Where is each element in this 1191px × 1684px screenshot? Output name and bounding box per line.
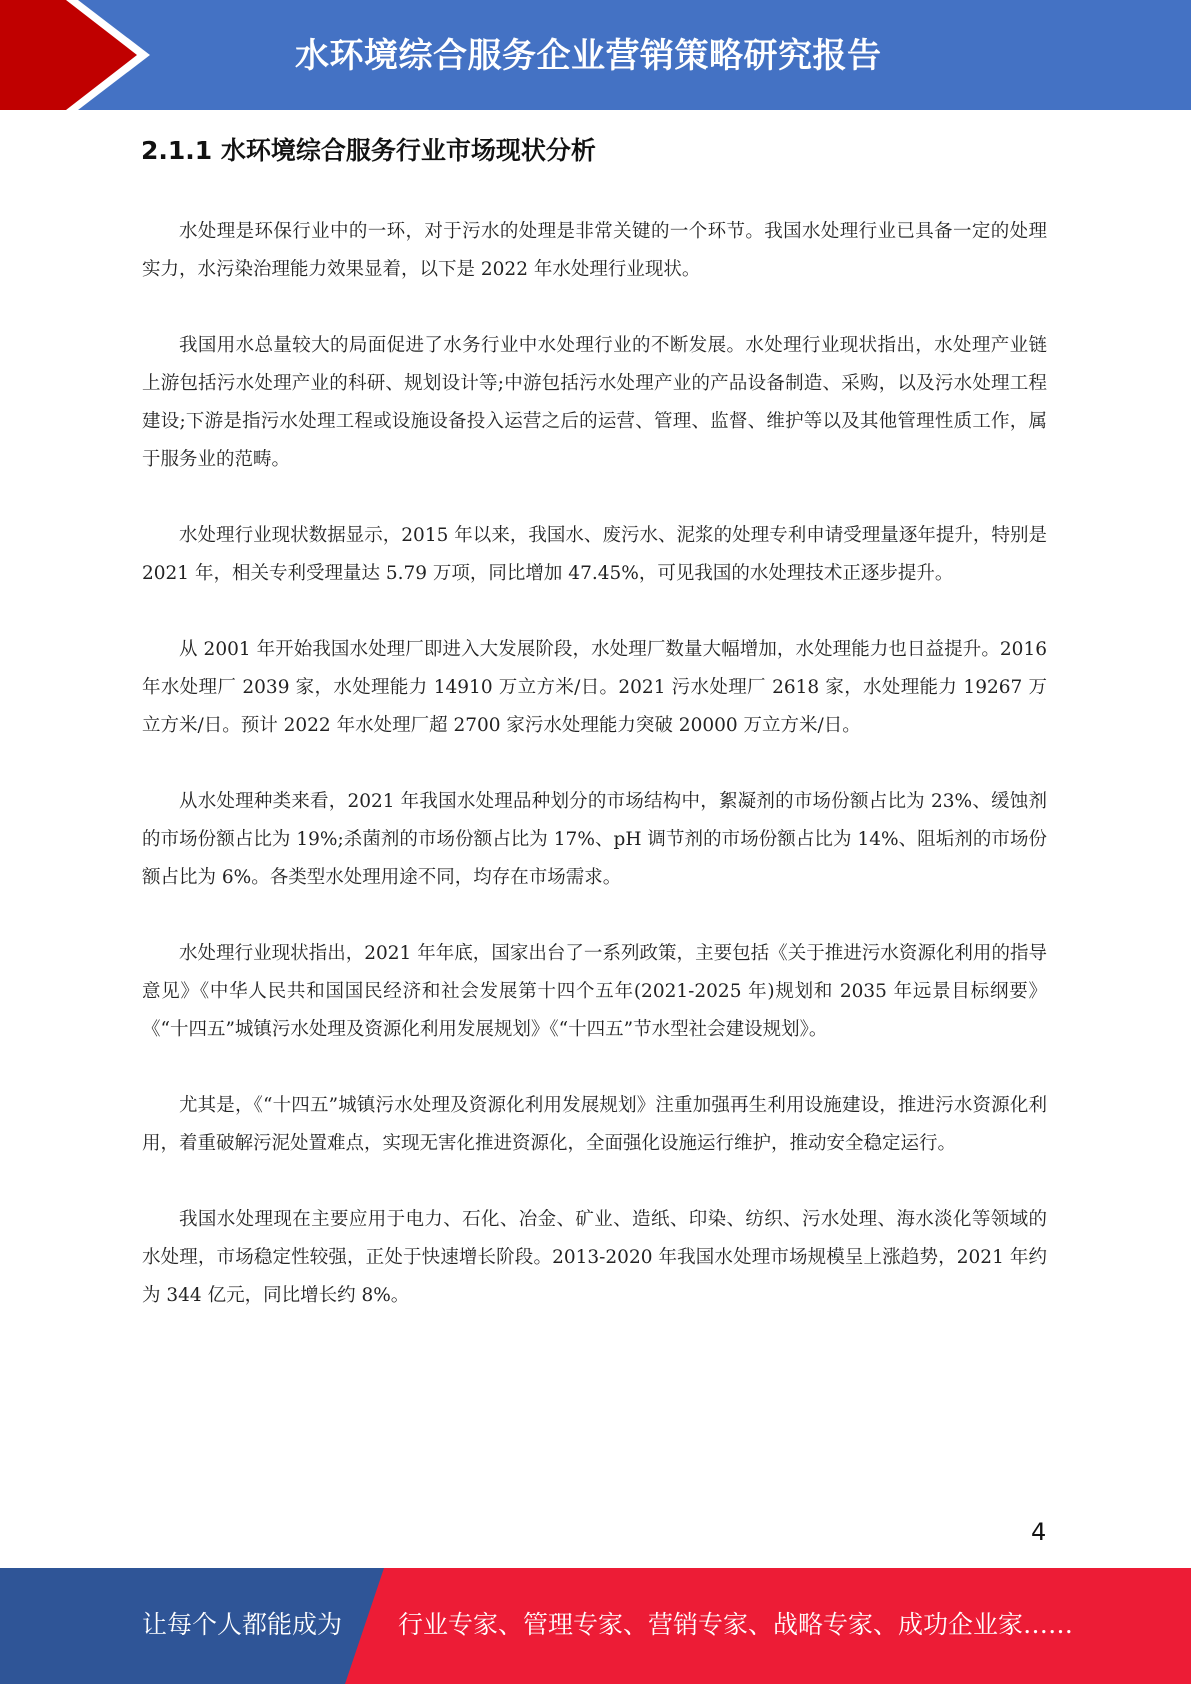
paragraph: 水处理行业现状指出，2021 年年底，国家出台了一系列政策，主要包括《关于推进污… [142, 935, 1047, 1049]
footer-banner: 让每个人都能成为 行业专家、管理专家、营销专家、战略专家、成功企业家…… [0, 1568, 1191, 1684]
report-header-banner: 水环境综合服务企业营销策略研究报告 [0, 0, 1191, 110]
chevron-arrow-icon [0, 0, 200, 110]
paragraph: 我国用水总量较大的局面促进了水务行业中水处理行业的不断发展。水处理行业现状指出，… [142, 327, 1047, 479]
report-title: 水环境综合服务企业营销策略研究报告 [295, 28, 882, 77]
section-heading: 2.1.1 水环境综合服务行业市场现状分析 [141, 131, 596, 167]
footer-slogan-left: 让每个人都能成为 [142, 1605, 342, 1641]
paragraph: 水处理行业现状数据显示，2015 年以来，我国水、废污水、泥浆的处理专利申请受理… [142, 517, 1047, 593]
paragraph: 水处理是环保行业中的一环，对于污水的处理是非常关键的一个环节。我国水处理行业已具… [142, 213, 1047, 289]
footer-slogan-right: 行业专家、管理专家、营销专家、战略专家、成功企业家…… [398, 1605, 1073, 1641]
paragraph: 从 2001 年开始我国水处理厂即进入大发展阶段，水处理厂数量大幅增加，水处理能… [142, 631, 1047, 745]
paragraph: 尤其是，《“十四五”城镇污水处理及资源化利用发展规划》注重加强再生利用设施建设，… [142, 1087, 1047, 1163]
paragraph: 从水处理种类来看，2021 年我国水处理品种划分的市场结构中，絮凝剂的市场份额占… [142, 783, 1047, 897]
page-number: 4 [1031, 1518, 1046, 1546]
body-content: 水处理是环保行业中的一环，对于污水的处理是非常关键的一个环节。我国水处理行业已具… [142, 213, 1047, 1353]
paragraph: 我国水处理现在主要应用于电力、石化、冶金、矿业、造纸、印染、纺织、污水处理、海水… [142, 1201, 1047, 1315]
